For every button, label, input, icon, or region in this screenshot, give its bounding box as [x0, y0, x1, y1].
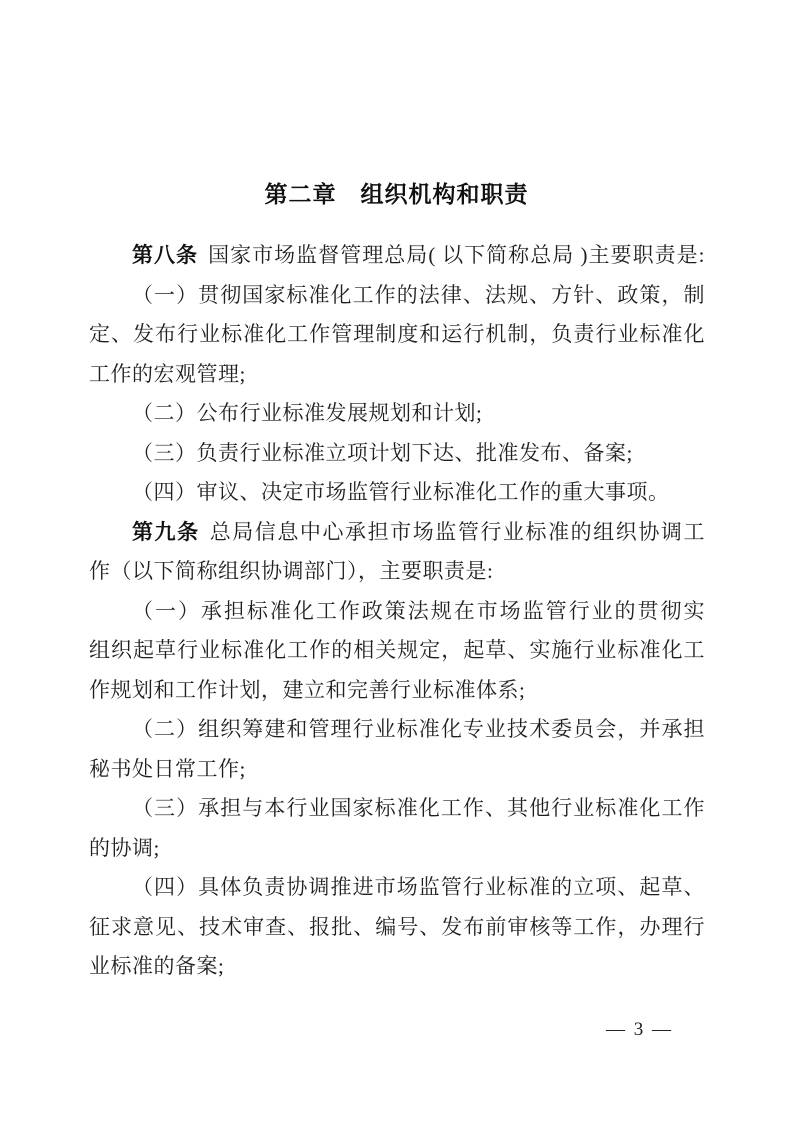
line-text: （四）具体负责协调推进市场监管行业标准的立项、起草、: [132, 875, 705, 899]
line-text: （二）组织筹建和管理行业标准化专业技术委员会，并承担: [132, 717, 705, 741]
document-body: 第八条国家市场监督管理总局( 以下简称总局 )主要职责是: （一）贯彻国家标准化…: [89, 236, 705, 987]
text-line: （一）承担标准化工作政策法规在市场监管行业的贯彻实施，: [89, 592, 705, 632]
text-line: （二）公布行业标准发展规划和计划;: [89, 394, 705, 434]
text-line: 业标准的备案;: [89, 947, 705, 987]
text-line: （二）组织筹建和管理行业标准化专业技术委员会，并承担: [89, 710, 705, 750]
article-number-label: 第九条: [132, 521, 200, 544]
line-text: 组织起草行业标准化工作的相关规定，起草、实施行业标准化工: [89, 638, 705, 662]
line-text: 秘书处日常工作;: [89, 757, 246, 781]
text-line: 的协调;: [89, 829, 705, 869]
text-line: 征求意见、技术审查、报批、编号、发布前审核等工作，办理行: [89, 908, 705, 948]
text-line: （三）承担与本行业国家标准化工作、其他行业标准化工作: [89, 789, 705, 829]
article-number-label: 第八条: [132, 244, 198, 267]
text-line: 作（以下简称组织协调部门），主要职责是:: [89, 552, 705, 592]
text-line: 工作的宏观管理;: [89, 355, 705, 395]
text-line: 定、发布行业标准化工作管理制度和运行机制，负责行业标准化: [89, 315, 705, 355]
line-text: 总局信息中心承担市场监管行业标准的组织协调工: [210, 520, 705, 544]
text-line: 作规划和工作计划，建立和完善行业标准体系;: [89, 671, 705, 711]
line-text: 作规划和工作计划，建立和完善行业标准体系;: [89, 678, 525, 702]
line-text: 作（以下简称组织协调部门），主要职责是:: [89, 559, 493, 583]
line-text: 业标准的备案;: [89, 954, 224, 978]
line-text: （二）公布行业标准发展规划和计划;: [132, 401, 482, 425]
line-text: （三）承担与本行业国家标准化工作、其他行业标准化工作: [132, 796, 705, 820]
line-text: 征求意见、技术审查、报批、编号、发布前审核等工作，办理行: [89, 915, 705, 939]
line-text: （三）负责行业标准立项计划下达、批准发布、备案;: [132, 441, 633, 465]
line-text: 工作的宏观管理;: [89, 362, 246, 386]
chapter-title: 第二章 组织机构和职责: [0, 0, 793, 206]
line-text: 国家市场监督管理总局( 以下简称总局 )主要职责是:: [208, 243, 705, 267]
page-number: — 3 —: [606, 1019, 672, 1041]
text-line: （一）贯彻国家标准化工作的法律、法规、方针、政策，制: [89, 276, 705, 316]
text-line: （四）审议、决定市场监管行业标准化工作的重大事项。: [89, 473, 705, 513]
line-text: （一）承担标准化工作政策法规在市场监管行业的贯彻实施，: [132, 599, 705, 632]
text-line: 第八条国家市场监督管理总局( 以下简称总局 )主要职责是:: [89, 236, 705, 276]
line-text: （一）贯彻国家标准化工作的法律、法规、方针、政策，制: [132, 283, 705, 307]
text-line: （四）具体负责协调推进市场监管行业标准的立项、起草、: [89, 868, 705, 908]
text-line: 秘书处日常工作;: [89, 750, 705, 790]
document-page: 第二章 组织机构和职责 第八条国家市场监督管理总局( 以下简称总局 )主要职责是…: [0, 0, 793, 1122]
text-line: 第九条总局信息中心承担市场监管行业标准的组织协调工: [89, 513, 705, 553]
line-text: 的协调;: [89, 836, 160, 860]
text-line: 组织起草行业标准化工作的相关规定，起草、实施行业标准化工: [89, 631, 705, 671]
line-text: （四）审议、决定市场监管行业标准化工作的重大事项。: [132, 480, 670, 504]
text-line: （三）负责行业标准立项计划下达、批准发布、备案;: [89, 434, 705, 474]
line-text: 定、发布行业标准化工作管理制度和运行机制，负责行业标准化: [89, 322, 705, 346]
